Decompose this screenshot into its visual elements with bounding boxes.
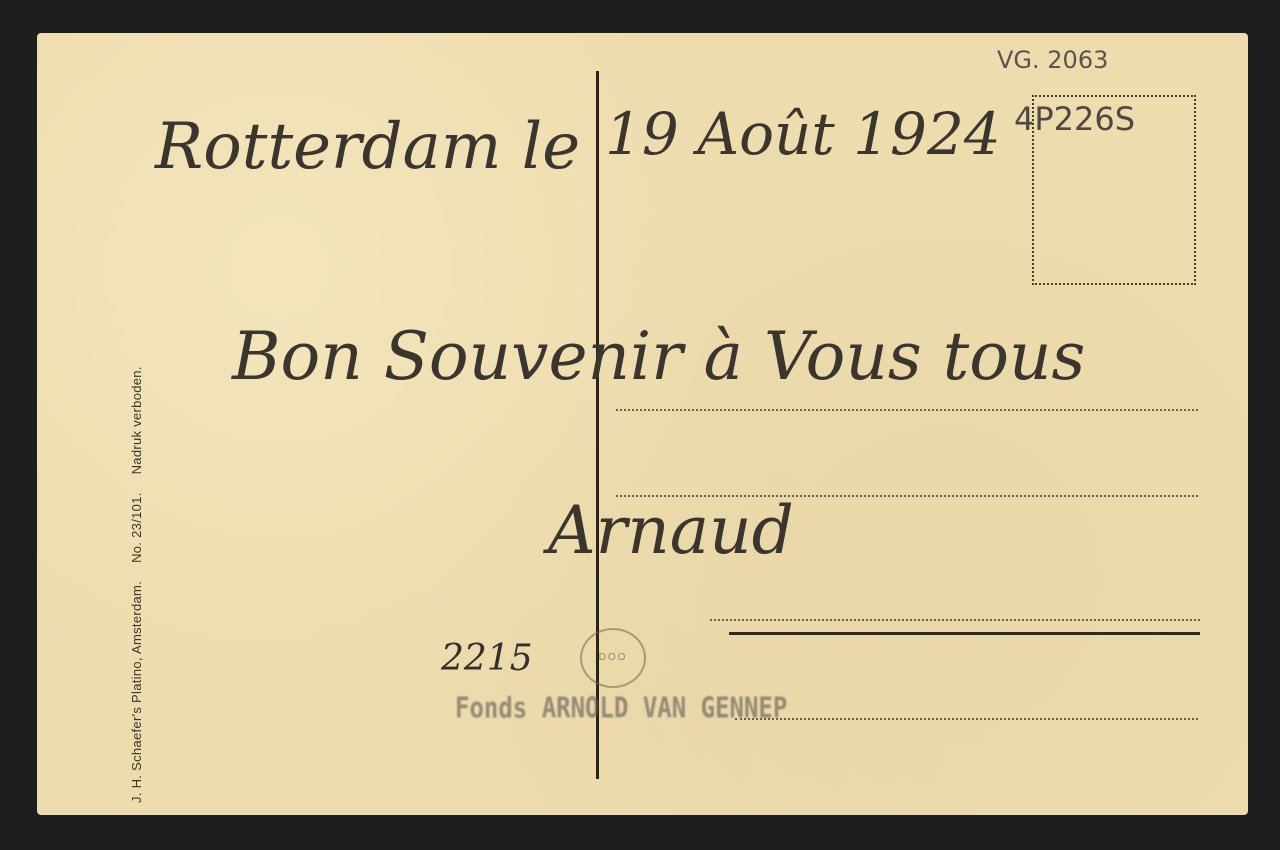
reprint-notice: Nadruk verboden. bbox=[129, 366, 144, 474]
collection-stamp: Fonds ARNOLD VAN GENNEP bbox=[455, 691, 787, 725]
handwritten-message: Bon Souvenir à Vous tous bbox=[232, 318, 1085, 395]
handwritten-place: Rotterdam le bbox=[155, 110, 580, 184]
publisher-imprint: J. H. Schaefer's Platino, Amsterdam.No. … bbox=[129, 348, 144, 803]
postmark: DOO bbox=[580, 628, 646, 688]
address-underline bbox=[729, 632, 1200, 635]
address-line-3 bbox=[710, 619, 1200, 621]
publisher-name: J. H. Schaefer's Platino, Amsterdam. bbox=[129, 581, 144, 803]
archive-code: 4P226S bbox=[1014, 100, 1135, 138]
publisher-number: No. 23/101. bbox=[129, 492, 144, 563]
archive-reference: VG. 2063 bbox=[997, 46, 1108, 74]
handwritten-date: 19 Août 1924 bbox=[605, 100, 1001, 168]
address-line-4 bbox=[735, 718, 1198, 720]
archive-number: 2215 bbox=[441, 638, 533, 679]
handwritten-signature: Arnaud bbox=[548, 492, 794, 569]
address-line-1 bbox=[616, 409, 1198, 411]
